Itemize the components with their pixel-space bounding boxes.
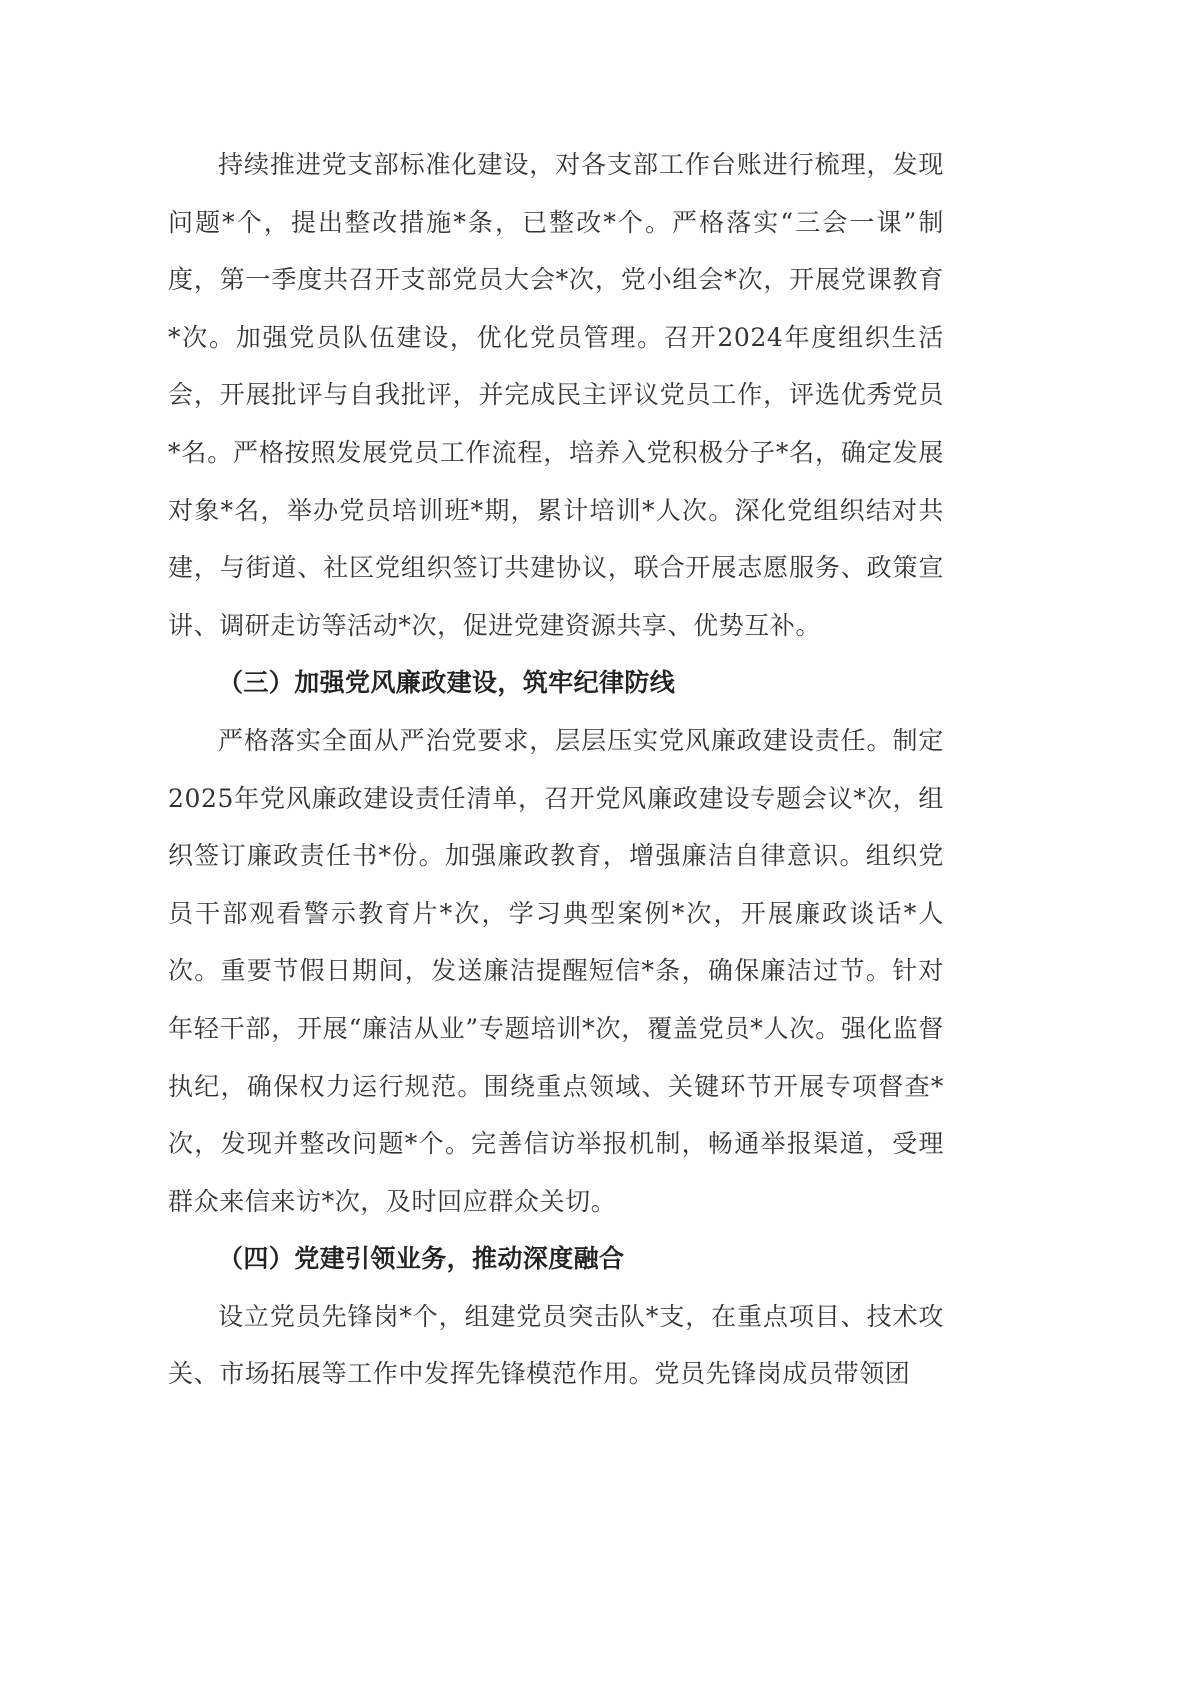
- body-paragraph-branch-standardization: 持续推进党支部标准化建设，对各支部工作台账进行梳理，发现问题*个，提出整改措施*…: [168, 136, 944, 654]
- body-paragraph-party-business-integration: 设立党员先锋岗*个，组建党员突击队*支，在重点项目、技术攻关、市场拓展等工作中发…: [168, 1288, 944, 1403]
- body-paragraph-clean-governance: 严格落实全面从严治党要求，层层压实党风廉政建设责任。制定2025年党风廉政建设责…: [168, 712, 944, 1230]
- section-heading-party-business-integration: （四）党建引领业务，推动深度融合: [168, 1230, 944, 1288]
- document-page: 持续推进党支部标准化建设，对各支部工作台账进行梳理，发现问题*个，提出整改措施*…: [168, 136, 944, 1403]
- section-heading-clean-governance: （三）加强党风廉政建设，筑牢纪律防线: [168, 654, 944, 712]
